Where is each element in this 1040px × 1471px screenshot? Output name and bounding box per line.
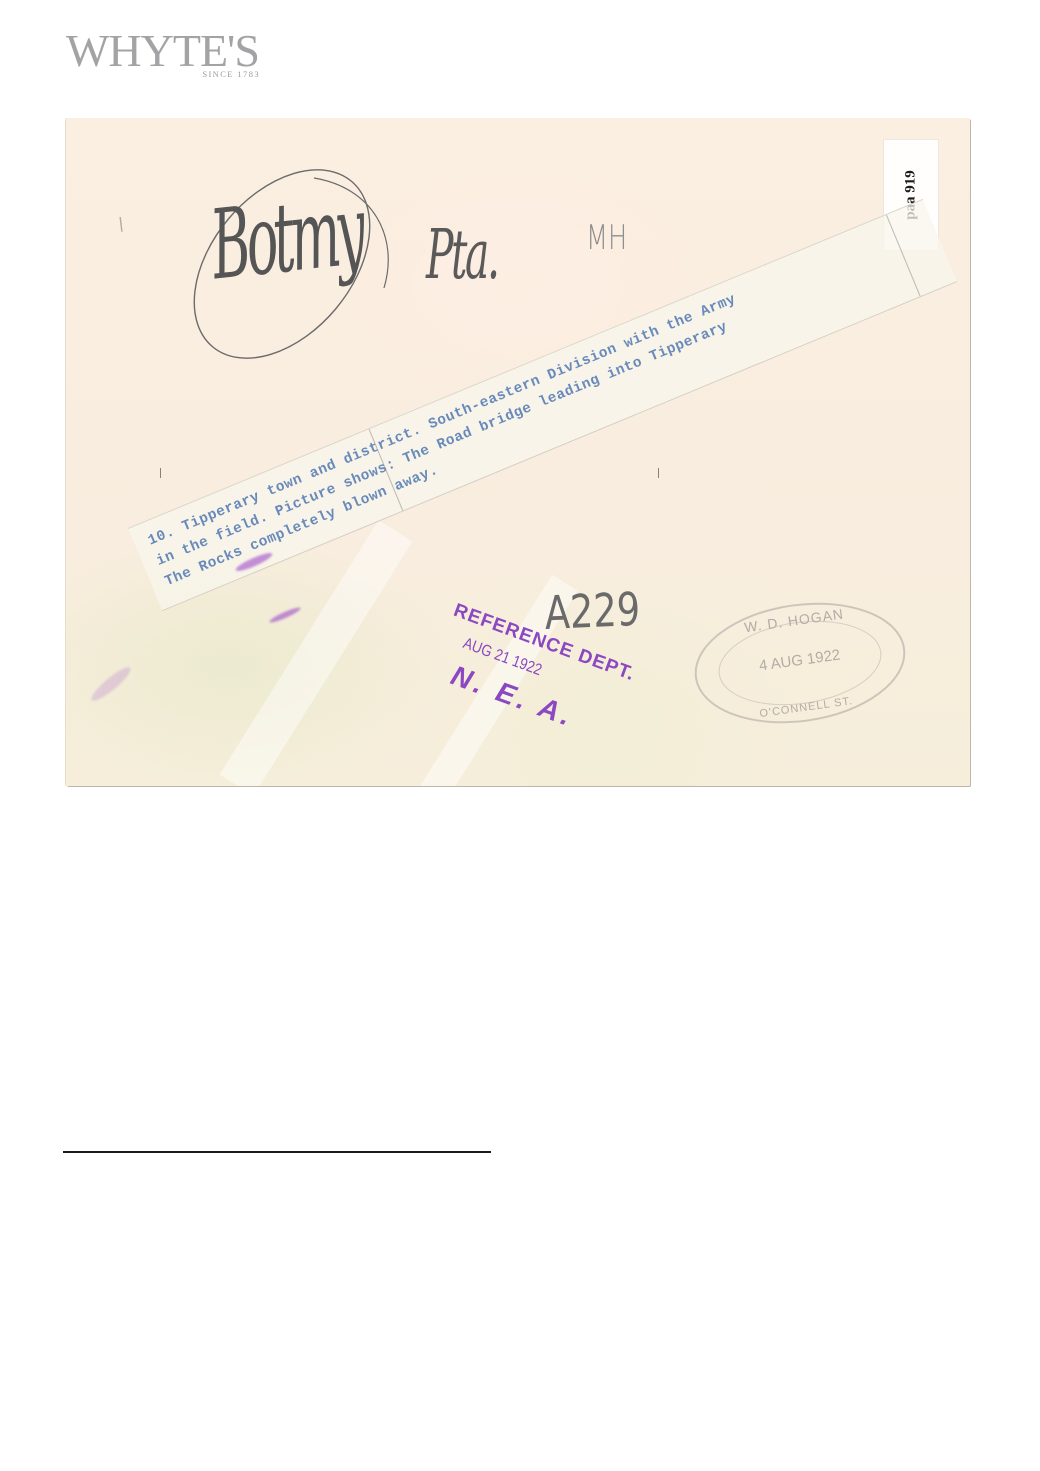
hogan-stamp-address: O'CONNELL ST. — [702, 687, 910, 728]
pencil-catalogue-number: A229 — [544, 582, 641, 640]
logo-tagline: SINCE 1783 — [202, 69, 260, 79]
footnote-separator — [63, 1151, 491, 1153]
ink-smudge — [88, 663, 134, 704]
logo-wordmark: WHYTE'S — [66, 28, 259, 74]
photo-reverse: \ Botmy Pta. MH paa 919 10. Tipperary to… — [66, 118, 970, 786]
hogan-stamp-name: W. D. HOGAN — [690, 598, 898, 643]
pencil-note-circled: Botmy — [206, 174, 367, 301]
strip-fold — [886, 215, 921, 297]
pencil-initials: MH — [586, 218, 627, 258]
pencil-tick — [658, 468, 659, 478]
hogan-oval-stamp: W. D. HOGAN 4 AUG 1922 O'CONNELL ST. — [687, 590, 913, 736]
hogan-stamp-date: 4 AUG 1922 — [695, 638, 903, 684]
ink-smudge — [268, 605, 302, 624]
faint-pencil-mark: \ — [118, 214, 124, 235]
pencil-tick — [160, 468, 161, 478]
pencil-note-pta: Pta. — [426, 216, 498, 295]
whytes-logo: WHYTE'S SINCE 1783 — [66, 28, 266, 84]
